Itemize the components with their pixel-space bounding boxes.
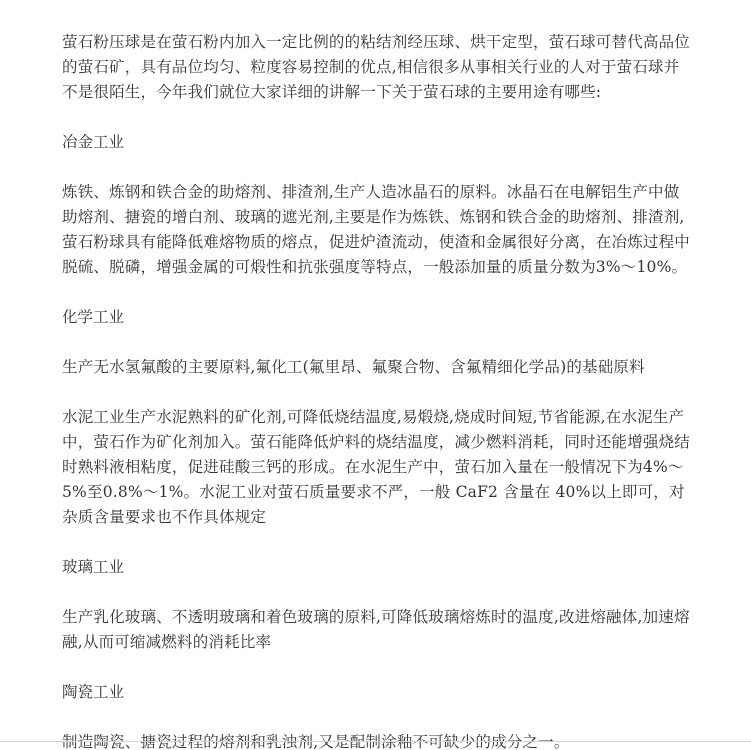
ceramics-paragraph: 制造陶瓷、搪瓷过程的熔剂和乳浊剂,又是配制涂釉不可缺少的成分之一。 <box>62 730 690 750</box>
section-heading-chemical: 化学工业 <box>62 305 690 330</box>
article-body: 萤石粉压球是在萤石粉内加入一定比例的的粘结剂经压球、烘干定型，萤石球可替代高品位… <box>62 30 690 750</box>
section-heading-glass: 玻璃工业 <box>62 555 690 580</box>
spacer <box>62 580 690 605</box>
metallurgy-paragraph: 炼铁、炼钢和铁合金的助熔剂、排渣剂,生产人造冰晶石的原料。冰晶石在电解铝生产中做… <box>62 180 690 280</box>
spacer <box>62 105 690 130</box>
cement-paragraph: 水泥工业生产水泥熟料的矿化剂,可降低烧结温度,易煅烧,烧成时间短,节省能源,在水… <box>62 405 690 530</box>
bottom-divider <box>0 741 751 742</box>
spacer <box>62 705 690 730</box>
spacer <box>62 155 690 180</box>
spacer <box>62 530 690 555</box>
section-heading-metallurgy: 冶金工业 <box>62 130 690 155</box>
glass-paragraph: 生产乳化玻璃、不透明玻璃和着色玻璃的原料,可降低玻璃熔炼时的温度,改进熔融体,加… <box>62 605 690 655</box>
spacer <box>62 655 690 680</box>
spacer <box>62 380 690 405</box>
spacer <box>62 280 690 305</box>
chemical-paragraph-1: 生产无水氢氟酸的主要原料,氟化工(氟里昂、氟聚合物、含氟精细化学品)的基础原料 <box>62 355 690 380</box>
section-heading-ceramics: 陶瓷工业 <box>62 680 690 705</box>
spacer <box>62 330 690 355</box>
intro-paragraph: 萤石粉压球是在萤石粉内加入一定比例的的粘结剂经压球、烘干定型，萤石球可替代高品位… <box>62 30 690 105</box>
